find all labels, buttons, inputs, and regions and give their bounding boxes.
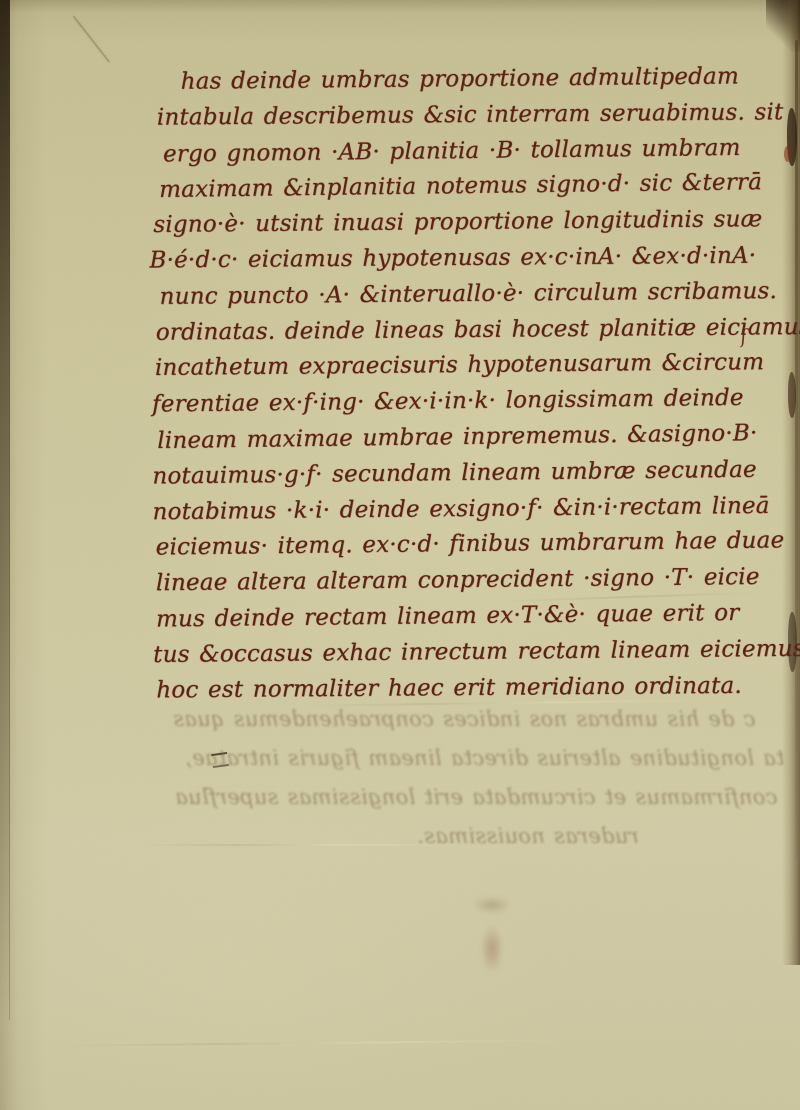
manuscript-line: notauimus·g·f· secundam lineam umbræ sec… xyxy=(152,452,775,495)
manuscript-line: tus &occasus exhac inrectum rectam linea… xyxy=(153,632,776,674)
gutter-ink-blot xyxy=(788,372,796,418)
manuscript-line: ordinatas. deinde lineas basi hocest pla… xyxy=(156,310,775,351)
bleedthrough-line: ruderas nouissimas. xyxy=(417,817,639,856)
parchment-scratch xyxy=(73,16,109,62)
manuscript-page: has deinde umbras proportione admultiped… xyxy=(0,0,800,1110)
manuscript-line: mus deinde rectam lineam ex·T·&è· quae e… xyxy=(156,595,776,638)
page-left-edge-shadow xyxy=(0,0,10,1020)
manuscript-line: has deinde umbras proportione admultiped… xyxy=(181,59,774,100)
bleedthrough-stain xyxy=(462,878,522,982)
verso-bleedthrough-block: c de his umbras nos indices conpraehende… xyxy=(155,700,755,856)
bleedthrough-line: c de his umbras nos indices conpraehende… xyxy=(173,700,756,739)
manuscript-text-block: has deinde umbras proportione admultiped… xyxy=(149,61,777,708)
bleedthrough-line: confirmamus et circumdata erit longissim… xyxy=(175,778,777,817)
bleedthrough-line: ta longitudine alterius directa lineam f… xyxy=(185,739,785,778)
manuscript-line: signo·è· utsint inuasi proportione longi… xyxy=(153,202,774,244)
manuscript-line: nunc puncto ·A· &interuallo·è· circulum … xyxy=(159,274,774,316)
gutter-red-mark xyxy=(784,146,791,162)
manuscript-line: intabula describemus &sic interram serua… xyxy=(157,95,774,136)
manuscript-line: B·é·d·c· eiciamus hypotenusas ex·c·inA· … xyxy=(149,239,774,280)
crease-line xyxy=(60,1039,580,1046)
binding-gutter-line xyxy=(795,40,798,860)
